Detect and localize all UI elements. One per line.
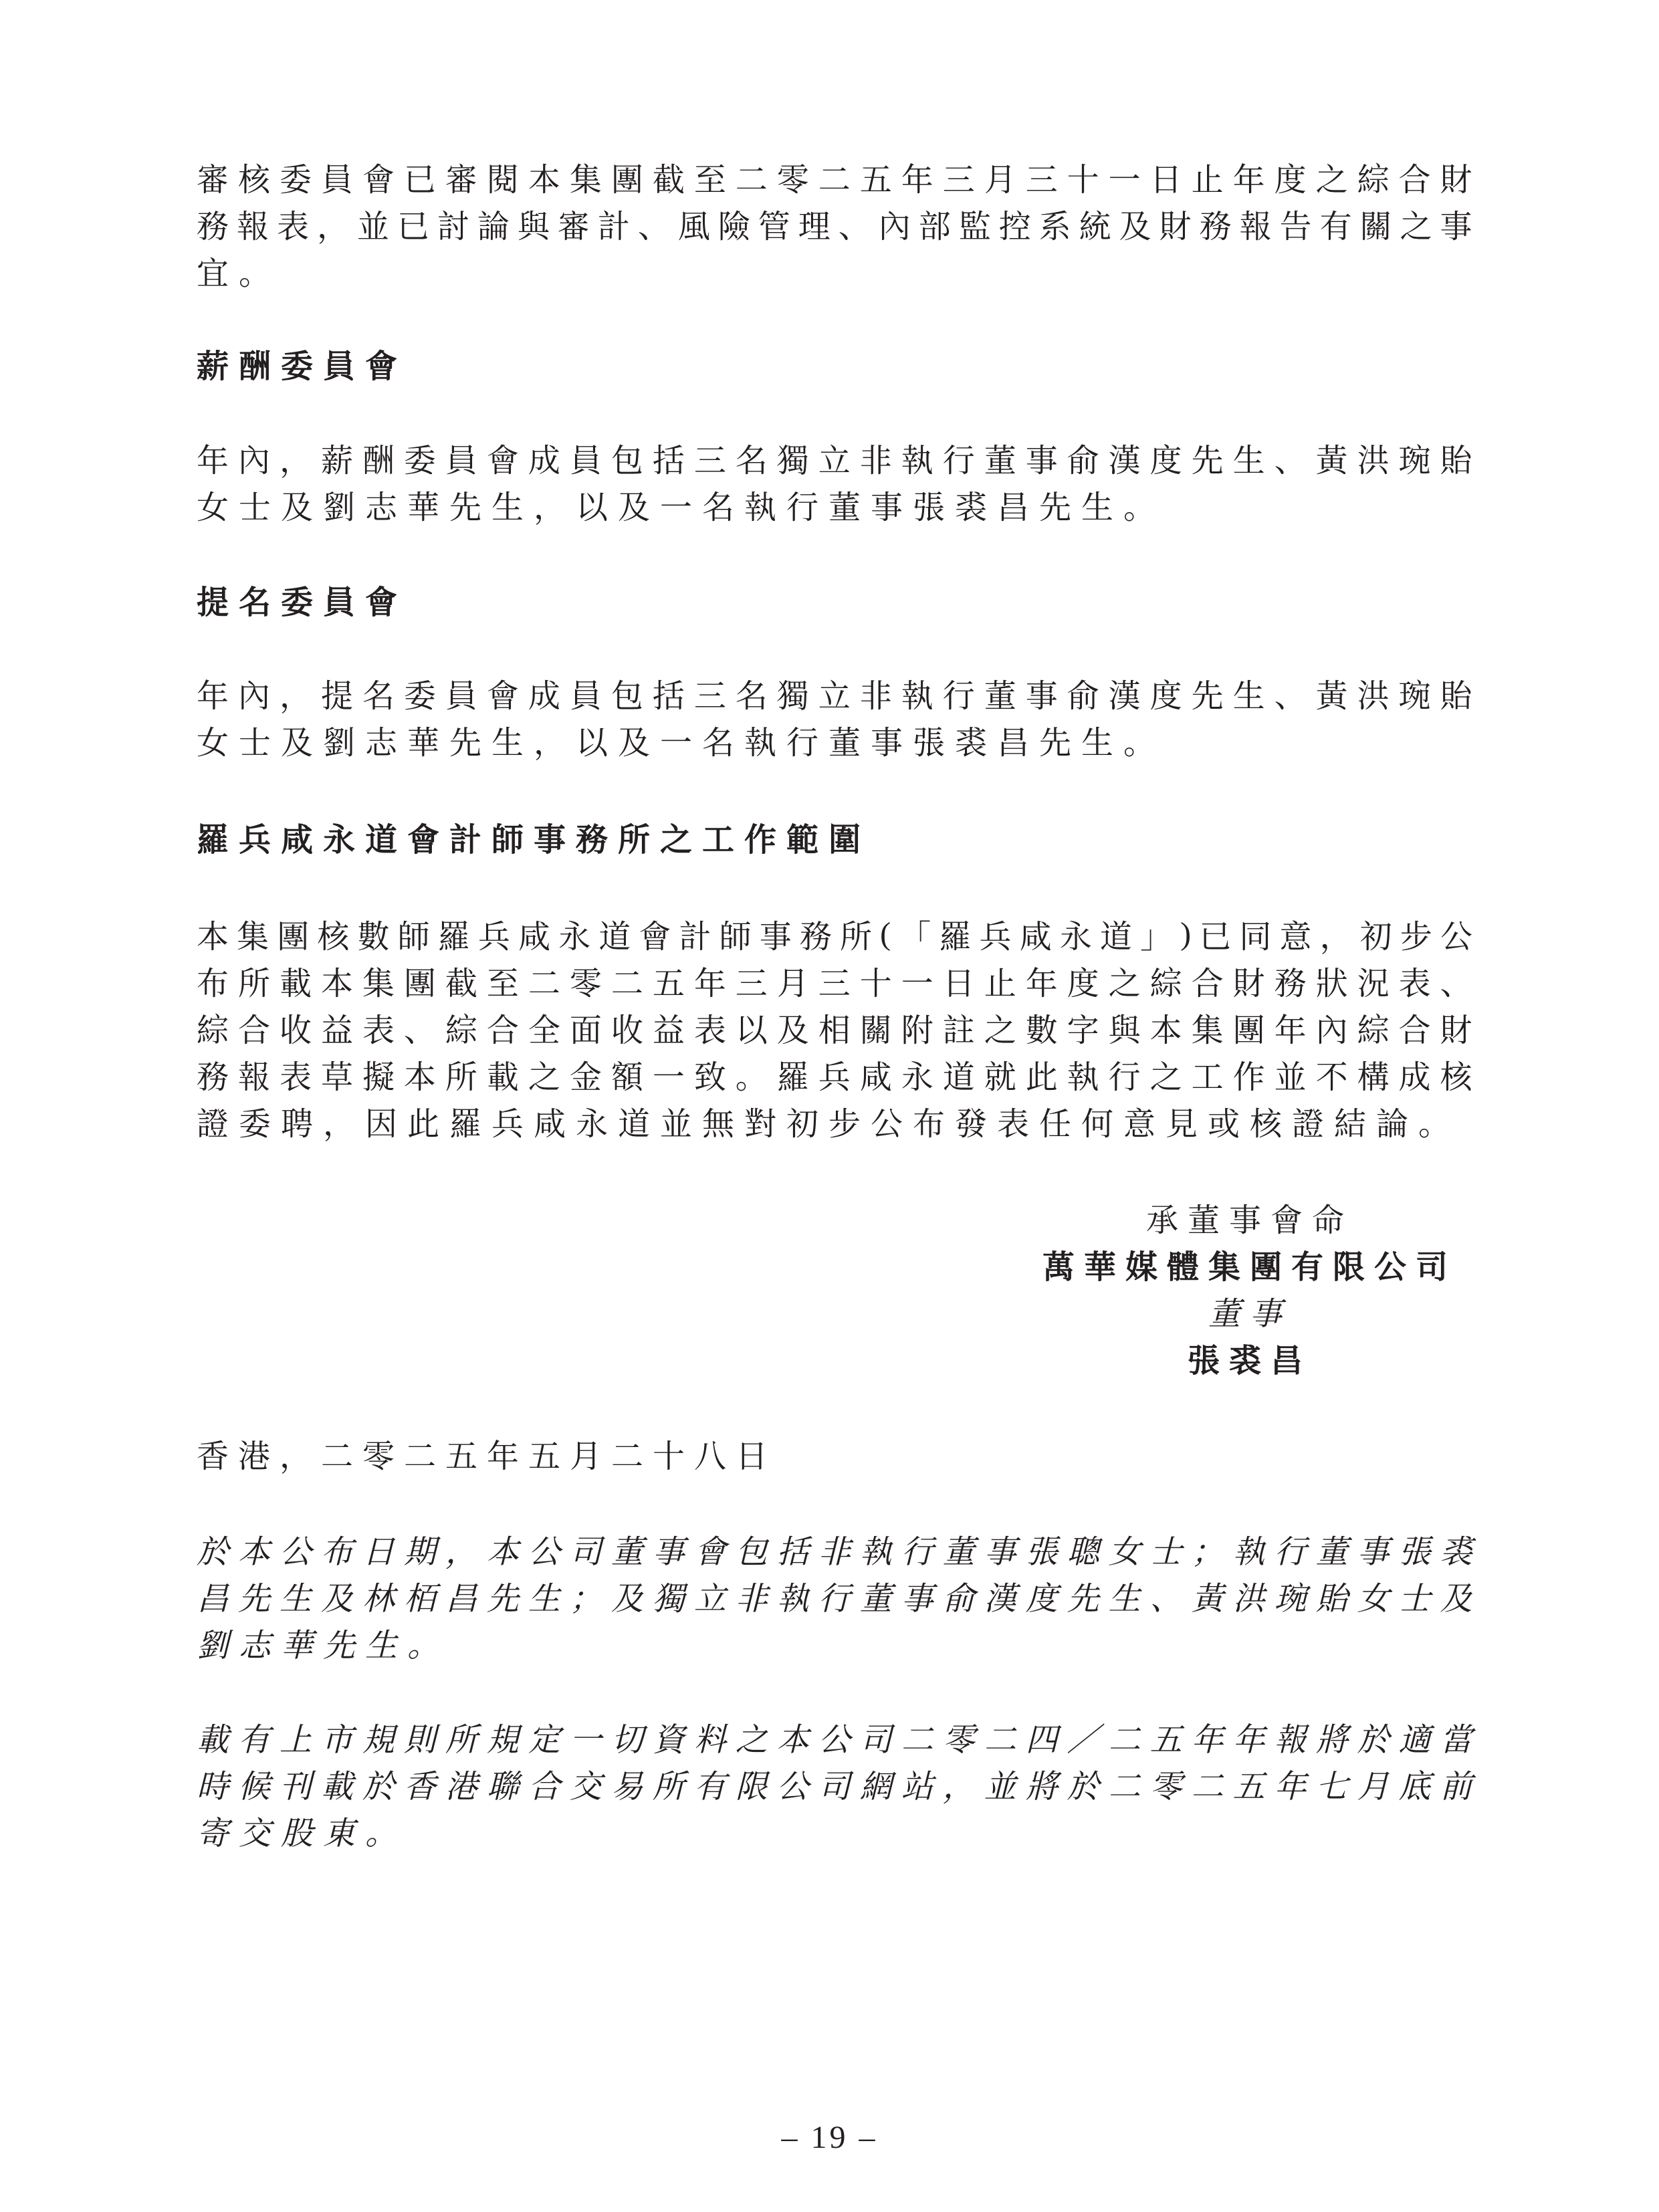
paragraph-board-composition: 於本公布日期，本公司董事會包括非執行董事張聰女士；執行董事張裘 昌先生及林栢昌先… <box>197 1525 1472 1666</box>
paragraph-remuneration-committee: 年內，薪酬委員會成員包括三名獨立非執行董事俞漢度先生、黃洪琬貽 女士及劉志華先生… <box>197 434 1472 528</box>
text-line: 務報表，並已討論與審計、風險管理、內部監控系統及財務報告有關之事 <box>197 200 1472 247</box>
text-line: 時候刊載於香港聯合交易所有限公司網站，並將於二零二五年七月底前 <box>197 1760 1472 1807</box>
text-line: 昌先生及林栢昌先生；及獨立非執行董事俞漢度先生、黃洪琬貽女士及 <box>197 1572 1472 1619</box>
paragraph-audit-review: 審核委員會已審閱本集團截至二零二五年三月三十一日止年度之綜合財 務報表，並已討論… <box>197 153 1472 294</box>
paragraph-nomination-committee: 年內，提名委員會成員包括三名獨立非執行董事俞漢度先生、黃洪琬貽 女士及劉志華先生… <box>197 669 1472 763</box>
text-line: 劉志華先生。 <box>197 1619 1472 1666</box>
text-line: 女士及劉志華先生，以及一名執行董事張裘昌先生。 <box>197 716 1472 763</box>
text-line: 於本公布日期，本公司董事會包括非執行董事張聰女士；執行董事張裘 <box>197 1525 1472 1572</box>
company-name: 萬華媒體集團有限公司 <box>1042 1240 1458 1287</box>
by-order-of-board: 承董事會命 <box>1042 1194 1458 1240</box>
paragraph-annual-report-notice: 載有上市規則所規定一切資料之本公司二零二四／二五年年報將於適當 時候刊載於香港聯… <box>197 1713 1472 1854</box>
heading-remuneration-committee: 薪酬委員會 <box>197 340 1472 386</box>
text-line: 證委聘，因此羅兵咸永道並無對初步公布發表任何意見或核證結論。 <box>197 1097 1472 1144</box>
text-line: 年內，薪酬委員會成員包括三名獨立非執行董事俞漢度先生、黃洪琬貽 <box>197 434 1472 481</box>
text-line: 年內，提名委員會成員包括三名獨立非執行董事俞漢度先生、黃洪琬貽 <box>197 669 1472 716</box>
text-line: 寄交股東。 <box>197 1807 1472 1854</box>
heading-pwc-scope-of-work: 羅兵咸永道會計師事務所之工作範圍 <box>197 813 1472 860</box>
place-date-line: 香港，二零二五年五月二十八日 <box>197 1430 1472 1476</box>
text-line: 務報表草擬本所載之金額一致。羅兵咸永道就此執行之工作並不構成核 <box>197 1050 1472 1097</box>
text-line: 宜。 <box>197 247 1472 294</box>
signature-block: 承董事會命 萬華媒體集團有限公司 董事 張裘昌 <box>1042 1194 1458 1381</box>
text-line: 布所載本集團截至二零二五年三月三十一日止年度之綜合財務狀況表、 <box>197 957 1472 1004</box>
page-number: – 19 – <box>0 2114 1659 2161</box>
text-line: 綜合收益表、綜合全面收益表以及相關附註之數字與本集團年內綜合財 <box>197 1004 1472 1050</box>
heading-nomination-committee: 提名委員會 <box>197 576 1472 623</box>
signatory-title: 董事 <box>1042 1287 1458 1334</box>
text-line: 審核委員會已審閱本集團截至二零二五年三月三十一日止年度之綜合財 <box>197 153 1472 200</box>
paragraph-pwc-scope: 本集團核數師羅兵咸永道會計師事務所(「羅兵咸永道」)已同意，初步公 布所載本集團… <box>197 910 1472 1144</box>
text-line: 載有上市規則所規定一切資料之本公司二零二四／二五年年報將於適當 <box>197 1713 1472 1760</box>
document-page: 審核委員會已審閱本集團截至二零二五年三月三十一日止年度之綜合財 務報表，並已討論… <box>0 0 1659 2212</box>
text-line: 女士及劉志華先生，以及一名執行董事張裘昌先生。 <box>197 481 1472 528</box>
signatory-name: 張裘昌 <box>1042 1334 1458 1381</box>
text-line: 本集團核數師羅兵咸永道會計師事務所(「羅兵咸永道」)已同意，初步公 <box>197 910 1472 957</box>
